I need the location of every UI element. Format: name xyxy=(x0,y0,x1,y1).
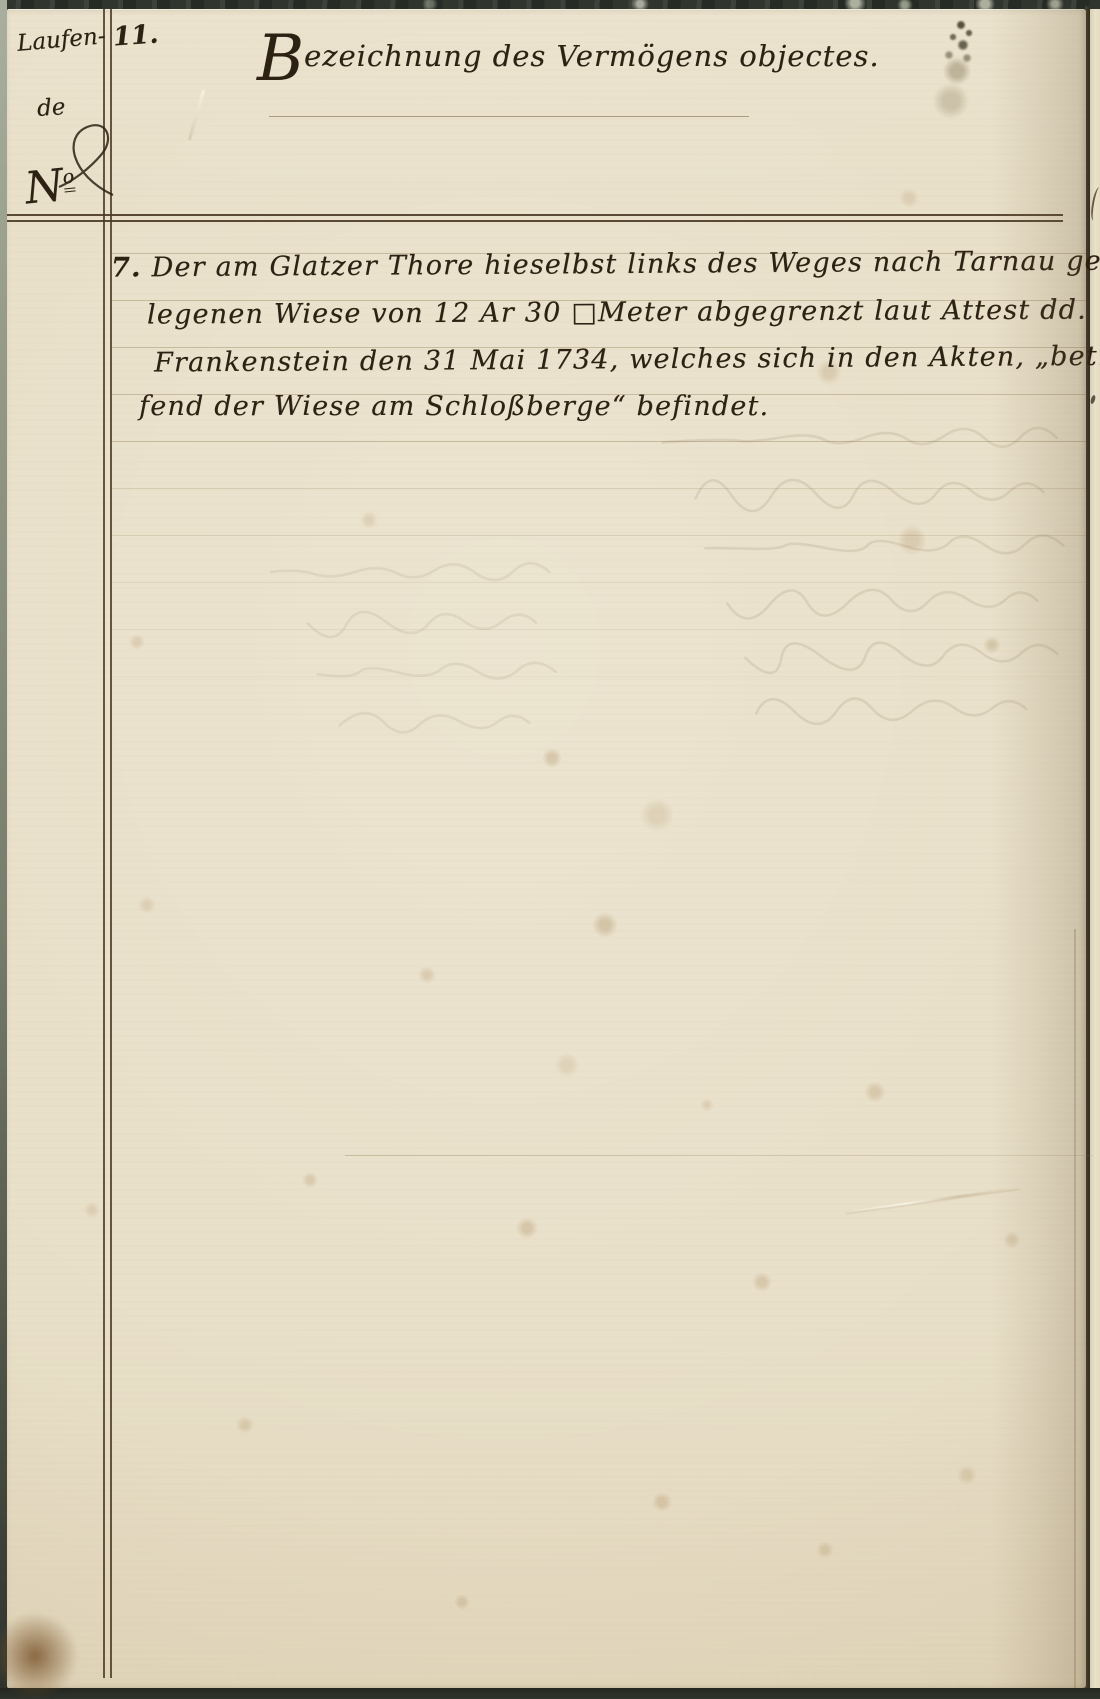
next-page-ink-dot xyxy=(1090,395,1097,405)
entry-text-line: Frankenstein den 31 Mai 1734, welches si… xyxy=(154,341,1100,379)
next-page-ink-mark xyxy=(1089,186,1100,221)
page-number: 11. xyxy=(112,19,159,52)
page-fold-line xyxy=(1074,929,1076,1688)
binding-edge-left xyxy=(0,0,7,1699)
page-title-initial: B xyxy=(257,22,304,96)
faint-scratch-line xyxy=(345,1155,1093,1156)
paper-crease xyxy=(846,1187,1020,1213)
page-title-underline xyxy=(269,116,749,117)
paper-crease xyxy=(188,90,205,141)
margin-label-number: No xyxy=(22,159,77,215)
ruled-line xyxy=(112,629,1086,630)
binding-edge-top xyxy=(0,0,1100,9)
page-title: Bezeichnung des Vermögens objectes. xyxy=(257,39,880,73)
corner-wear-stain xyxy=(0,1612,78,1699)
ledger-page-scan: Laufen- de No 11. Bezeichnung des Vermög… xyxy=(0,0,1100,1699)
header-rule xyxy=(7,220,1063,222)
entry-line-text: Der am Glatzer Thore hieselbst links des… xyxy=(151,246,1100,284)
margin-label-laufende: Laufen- xyxy=(16,23,106,57)
ruled-line xyxy=(112,488,1086,489)
entry-text-line: legenen Wiese von 12 Ar 30 □Meter abgegr… xyxy=(147,295,1087,331)
entry-text-line: 7.Der am Glatzer Thore hieselbst links d… xyxy=(111,246,1100,284)
page-paper: Laufen- de No 11. Bezeichnung des Vermög… xyxy=(7,9,1086,1688)
ruled-line xyxy=(112,535,1086,536)
page-title-text: ezeichnung des Vermögens objectes. xyxy=(304,39,880,73)
bleed-through-writing xyxy=(511,399,1084,788)
bleed-through-writing xyxy=(133,542,570,767)
binding-edge-bottom xyxy=(0,1688,1100,1699)
ruled-line xyxy=(112,676,1086,677)
header-rule xyxy=(7,214,1063,216)
entry-text-line: fend der Wiese am Schloßberge“ befindet. xyxy=(139,391,769,422)
ruled-line xyxy=(112,582,1086,583)
entry-item-number: 7. xyxy=(111,252,142,283)
margin-label-number-text: N xyxy=(22,160,66,215)
ruled-line xyxy=(112,441,1086,442)
margin-column-rule xyxy=(103,9,105,1678)
ink-smudge xyxy=(923,11,985,131)
